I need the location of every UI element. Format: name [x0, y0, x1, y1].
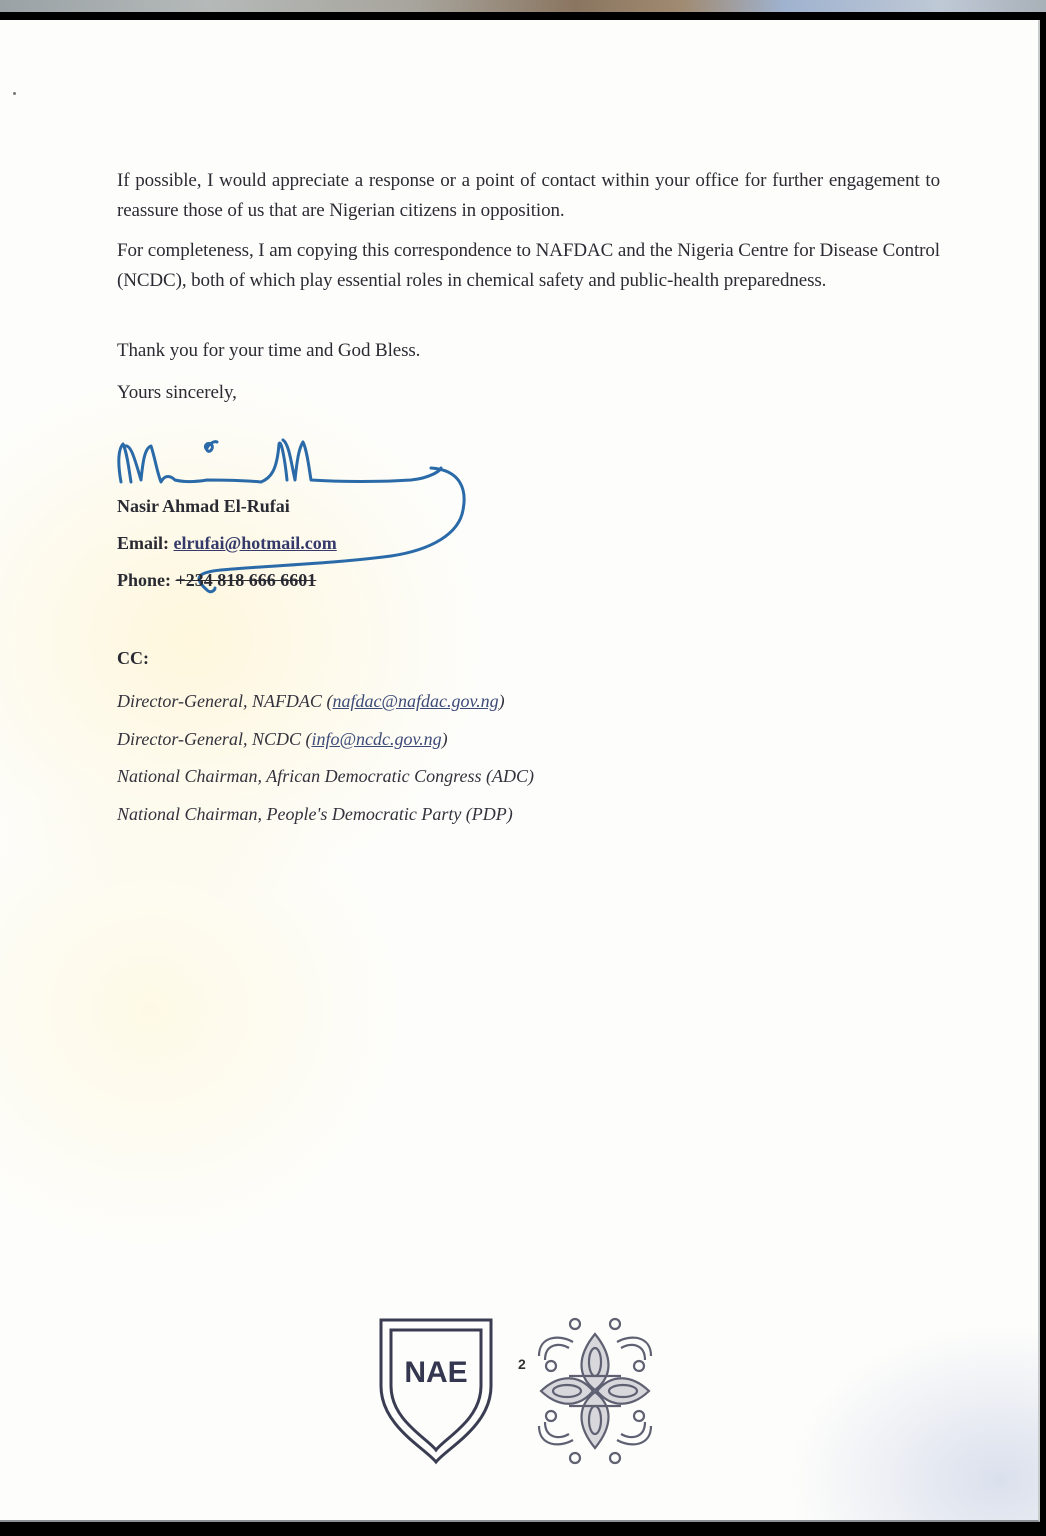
cc-label: CC: — [117, 648, 149, 669]
decorative-ornament-icon — [529, 1316, 661, 1466]
cc-recipient-title: National Chairman, African Democratic Co… — [117, 766, 534, 786]
email-label: Email: — [117, 533, 169, 553]
cc-recipient: Director-General, NAFDAC (nafdac@nafdac.… — [117, 686, 534, 724]
paragraph-thanks: Thank you for your time and God Bless. — [117, 336, 940, 366]
cc-recipient-email-link[interactable]: info@ncdc.gov.ng — [311, 729, 441, 749]
letter-page: If possible, I would appreciate a respon… — [0, 20, 1040, 1522]
svg-text:NAE: NAE — [404, 1356, 467, 1389]
paragraph-request-response: If possible, I would appreciate a respon… — [117, 166, 940, 226]
cc-recipient: Director-General, NCDC (info@ncdc.gov.ng… — [117, 724, 534, 762]
paragraph-cc-notice: For completeness, I am copying this corr… — [117, 236, 940, 296]
cc-recipient: National Chairman, African Democratic Co… — [117, 761, 534, 799]
cc-recipient-title: Director-General, NAFDAC — [117, 691, 322, 711]
paper-speck — [13, 92, 16, 95]
page-number: 2 — [518, 1356, 526, 1372]
phone-label: Phone: — [117, 570, 171, 590]
signatory-phone-line: Phone: +234 818 666 6601 — [117, 570, 316, 591]
signature-block: Nasir Ahmad El-Rufai Email: elrufai@hotm… — [117, 430, 517, 620]
cc-recipient-email-link[interactable]: nafdac@nafdac.gov.ng — [332, 691, 498, 711]
email-link[interactable]: elrufai@hotmail.com — [174, 533, 337, 553]
cc-recipient-title: National Chairman, People's Democratic P… — [117, 804, 513, 824]
closing-salutation: Yours sincerely, — [117, 378, 940, 408]
signatory-name: Nasir Ahmad El-Rufai — [117, 496, 290, 517]
cc-recipient-title: Director-General, NCDC — [117, 729, 301, 749]
signatory-email-line: Email: elrufai@hotmail.com — [117, 533, 337, 554]
cc-recipient-list: Director-General, NAFDAC (nafdac@nafdac.… — [117, 686, 534, 836]
photo-background-strip — [0, 0, 1046, 12]
phone-number: +234 818 666 6601 — [176, 570, 317, 590]
cc-recipient: National Chairman, People's Democratic P… — [117, 799, 534, 837]
nae-shield-logo-icon: NAE — [377, 1316, 495, 1466]
